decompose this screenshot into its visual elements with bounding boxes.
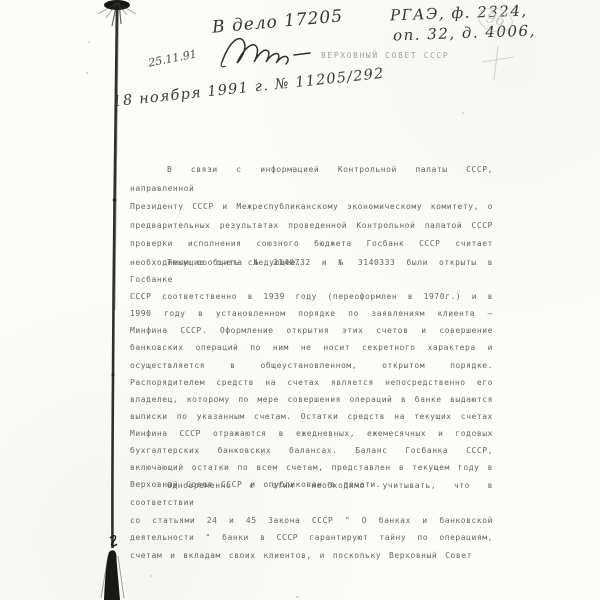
date-note-handwriting: 25.11.91 [147, 47, 198, 69]
document-text-line: предварительных результатах проведенной … [130, 217, 493, 236]
org-letterhead: ВЕРХОВНЫЙ СОВЕТ СССР [321, 51, 449, 60]
document-text-line: со статьями 24 и 45 Закона СССР " О банк… [130, 512, 493, 529]
scanned-document-page: В дело 17205 РГАЭ, ф. 2324, оп. 32, д. 4… [0, 0, 600, 600]
document-text-line: Минфина СССР. Оформление открытия этих с… [130, 322, 493, 339]
handwritten-signature [221, 39, 310, 67]
document-text-line: 1990 году в установленном порядке по зая… [130, 305, 493, 322]
file-note-handwriting: В дело 17205 [211, 6, 344, 37]
paper-speck [462, 112, 464, 114]
registration-note-handwriting: 18 ноября 1991 г. № 11205/292 [112, 66, 385, 110]
document-text-line: включающий остатки по всем счетам, предс… [130, 459, 493, 476]
document-text-line: Одновременно с этим необходимо учитывать… [130, 477, 493, 512]
paper-speck [296, 596, 299, 598]
document-text-line: СССР соответственно в 1939 году (переофо… [130, 288, 493, 305]
document-text-line: бухгалтерских банковских балансах. Балан… [130, 442, 493, 459]
document-text-line: банковских операций по ним не носит секр… [130, 339, 493, 356]
paper-speck [88, 41, 90, 43]
document-text-line: счетам и вкладам своих клиентов, и поско… [130, 547, 493, 564]
paragraph-3: Одновременно с этим необходимо учитывать… [130, 477, 493, 564]
document-text-line: проверки исполнения союзного бюджета Гос… [130, 235, 493, 254]
document-text-line: В связи с информацией Контрольной палаты… [130, 161, 493, 198]
paper-speck [344, 554, 346, 556]
document-text-line: Минфина СССР отражаются в ежедневных, еж… [130, 425, 493, 442]
document-text-line: Распорядителем средств на счетах являетс… [130, 374, 493, 391]
paper-speck [86, 72, 88, 74]
document-text-line: деятельности " банки в СССР гарантируют … [130, 529, 493, 546]
document-text-line: Президенту СССР и Межреспубликанскому эк… [130, 198, 493, 217]
paragraph-2: Текущие счета № 2140732 и № 3140333 были… [130, 254, 493, 493]
archive-reference-line2: оп. 32, д. 4006, [393, 22, 536, 45]
document-text-line: осуществляется в общеустановленном, откр… [130, 357, 493, 374]
document-text-line: Текущие счета № 2140732 и № 3140333 были… [130, 254, 493, 288]
document-text-line: владелец, которому по мере совершения оп… [130, 391, 493, 408]
document-text-line: выписки по указанным счетам. Остатки сре… [130, 408, 493, 425]
paper-speck [150, 575, 152, 577]
